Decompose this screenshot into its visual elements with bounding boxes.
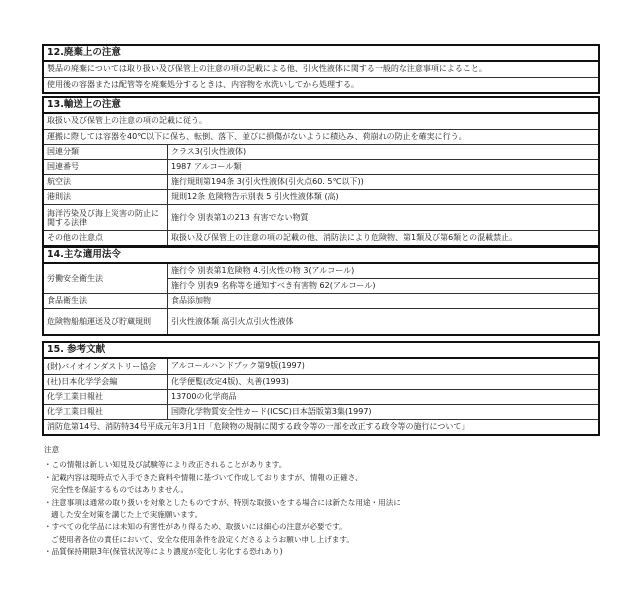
note-line: ご使用者各位の責任において、安全な使用条件を設定くださるようお願い申し上げます。 [44,534,604,546]
note-line: 適した安全対策を講じた上で実施願います。 [44,509,604,521]
footer-note: 消防危第14号、消防特34号平成元年3月1日「危険物の規制に関する政令等の一部を… [44,420,598,434]
section-15-references: 15. 参考文献 (財)バイオインダストリー協会アルコールハンドブック第9版(1… [42,341,600,436]
row-key: 化学工業日報社 [44,390,168,404]
table-row: 労働安全衛生法 施行令 別表第1危険物 4.引火性の物 3(アルコール) 施行令… [44,264,598,293]
table-row: 国連分類クラス3(引火性液体) [44,144,598,159]
section-title-text: 14.主な適用法令 [44,248,124,262]
section-12-disposal: 12.廃棄上の注意 製品の廃棄については取り扱い及び保管上の注意の項の記載による… [42,44,600,94]
table-row: 航空法施行規則第194条 3(引火性液体(引火点60. 5℃以下)) [44,174,598,189]
row-value: 取扱い及び保管上の注意の項の記載の他、消防法により危険物、第1類及び第6類との混… [168,231,598,245]
row-values: 施行令 別表第1危険物 4.引火性の物 3(アルコール) 施行令 別表9 名称等… [168,264,598,293]
table-row: 化学工業日報社国際化学物質安全性カード(ICSC)日本語版第3集(1997) [44,404,598,419]
row-value: 引火性液体類 高引火点引火性液体 [168,309,598,334]
row-value: 規則12条 危険物告示別表 5 引火性液体類 (高) [168,190,598,204]
row-key: 航空法 [44,175,168,189]
disclaimer-notes: 注意 ・この情報は新しい知見及び試験等により改正されることがあります。 ・記載内… [44,444,604,559]
text-row: 運搬に際しては容器を40℃以下に保ち、転倒、落下、並びに損傷がないように積込み、… [44,129,598,144]
text-row: 製品の廃棄については取り扱い及び保管上の注意の項の記載による他、引火性液体に関す… [44,62,598,77]
row-value: 施行令 別表第1危険物 4.引火性の物 3(アルコール) [168,264,598,278]
text-line: 取扱い及び保管上の注意の項の記載に従う。 [44,114,598,129]
text-row: 取扱い及び保管上の注意の項の記載に従う。 [44,114,598,129]
row-value: 化学便覧(改定4版)、丸善(1993) [168,375,598,389]
table-row: 食品衛生法食品添加物 [44,293,598,308]
section-title-text: 13.輸送上の注意 [44,98,124,112]
note-line: ・すべての化学品には未知の有害性があり得るため、取扱いには細心の注意が必要です。 [44,521,604,533]
row-value: 施行令 別表9 名称等を通知すべき有害物 62(アルコール) [168,278,598,293]
text-line: 使用後の容器または配管等を廃棄処分するときは、内容物を水洗いしてから処理する。 [44,78,598,92]
note-line: ・注意事項は通常の取り扱いを対象としたものですが、特別な取扱いをする場合には新た… [44,497,604,509]
row-value: 国際化学物質安全性カード(ICSC)日本語版第3集(1997) [168,405,598,419]
row-key: 危険物船舶運送及び貯蔵規則 [44,309,168,334]
section-title: 13.輸送上の注意 [44,98,598,114]
section-14-regulations: 14.主な適用法令 労働安全衛生法 施行令 別表第1危険物 4.引火性の物 3(… [42,246,600,336]
row-value: 施行令 別表第1の213 有害でない物質 [168,205,598,230]
row-value: 13700の化学商品 [168,390,598,404]
note-line: ・この情報は新しい知見及び試験等により改正されることがあります。 [44,459,604,471]
text-line: 運搬に際しては容器を40℃以下に保ち、転倒、落下、並びに損傷がないように積込み、… [44,130,598,144]
row-value: アルコールハンドブック第9版(1997) [168,359,598,374]
section-title: 15. 参考文献 [44,343,598,359]
text-row: 消防危第14号、消防特34号平成元年3月1日「危険物の規制に関する政令等の一部を… [44,419,598,434]
section-13-transport: 13.輸送上の注意 取扱い及び保管上の注意の項の記載に従う。 運搬に際しては容器… [42,96,600,247]
section-title: 14.主な適用法令 [44,248,598,264]
row-key: 化学工業日報社 [44,405,168,419]
section-title-text: 15. 参考文献 [44,343,108,357]
table-row: 海洋汚染及び海上災害の防止に関する法律施行令 別表第1の213 有害でない物質 [44,204,598,230]
row-value: 施行規則第194条 3(引火性液体(引火点60. 5℃以下)) [168,175,598,189]
row-key: (財)バイオインダストリー協会 [44,359,168,374]
row-key: (社)日本化学学会編 [44,375,168,389]
section-title-text: 12.廃棄上の注意 [44,46,124,60]
note-line: ・記載内容は現時点で入手できた資料や情報に基づいて作成しておりますが、情報の正確… [44,472,604,484]
table-row: (社)日本化学学会編化学便覧(改定4版)、丸善(1993) [44,374,598,389]
table-row: 危険物船舶運送及び貯蔵規則引火性液体類 高引火点引火性液体 [44,308,598,334]
table-row: 化学工業日報社13700の化学商品 [44,389,598,404]
row-key: 港則法 [44,190,168,204]
row-key: 労働安全衛生法 [44,264,168,293]
row-key: 食品衛生法 [44,294,168,308]
row-value: クラス3(引火性液体) [168,145,598,159]
row-key: その他の注意点 [44,231,168,245]
table-row: 港則法規則12条 危険物告示別表 5 引火性液体類 (高) [44,189,598,204]
note-line: 完全性を保証するものではありません。 [44,484,604,496]
text-line: 製品の廃棄については取り扱い及び保管上の注意の項の記載による他、引火性液体に関す… [44,62,598,77]
table-row: その他の注意点取扱い及び保管上の注意の項の記載の他、消防法により危険物、第1類及… [44,230,598,245]
row-key: 国連分類 [44,145,168,159]
notes-title: 注意 [44,444,604,456]
section-title: 12.廃棄上の注意 [44,46,598,62]
row-key: 海洋汚染及び海上災害の防止に関する法律 [44,205,168,230]
table-row: 国連番号1987 アルコール類 [44,159,598,174]
row-value: 食品添加物 [168,294,598,308]
table-row: (財)バイオインダストリー協会アルコールハンドブック第9版(1997) [44,359,598,374]
text-row: 使用後の容器または配管等を廃棄処分するときは、内容物を水洗いしてから処理する。 [44,77,598,92]
row-key: 国連番号 [44,160,168,174]
row-value: 1987 アルコール類 [168,160,598,174]
note-line: ・品質保持期限3年(保管状況等により濃度が変化し劣化する恐れあり) [44,546,604,558]
